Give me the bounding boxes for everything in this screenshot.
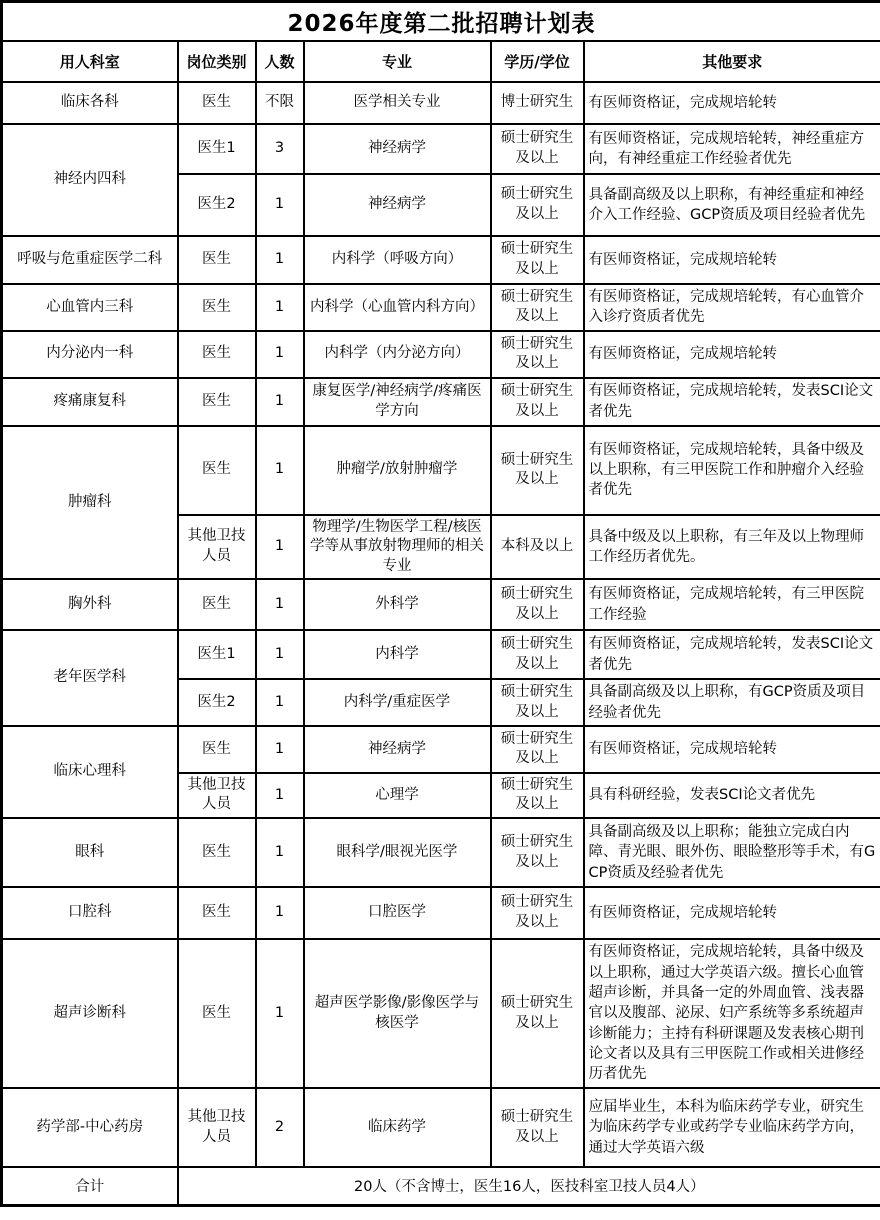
- position-cell: 医生: [178, 818, 256, 887]
- position-cell: 医生1: [178, 124, 256, 174]
- department-cell: 临床心理科: [2, 726, 178, 818]
- position-cell: 医生: [178, 82, 256, 124]
- table-row: 胸外科 医生 1 外科学 硕士研究生及以上 有医师资格证，完成规培轮转，有三甲医…: [2, 579, 880, 630]
- position-cell: 其他卫技人员: [178, 515, 256, 580]
- department-cell: 心血管内三科: [2, 284, 178, 331]
- table-row: 药学部-中心药房 其他卫技人员 2 临床药学 硕士研究生及以上 应届毕业生，本科…: [2, 1088, 880, 1167]
- degree-cell: 硕士研究生及以上: [491, 331, 584, 378]
- count-cell: 1: [256, 773, 304, 818]
- major-cell: 肿瘤学/放射肿瘤学: [304, 426, 491, 515]
- count-cell: 1: [256, 818, 304, 887]
- requirements-cell: 具备副高级及以上职称，有GCP资质及项目经验者优先: [584, 679, 880, 726]
- position-cell: 医生: [178, 236, 256, 284]
- requirements-cell: 有医师资格证，完成规培轮转，有心血管介入诊疗资质者优先: [584, 284, 880, 331]
- position-cell: 医生: [178, 331, 256, 378]
- major-cell: 物理学/生物医学工程/核医学等从事放射物理师的相关专业: [304, 515, 491, 580]
- table-row: 口腔科 医生 1 口腔医学 硕士研究生及以上 有医师资格证，完成规培轮转: [2, 887, 880, 939]
- degree-cell: 硕士研究生及以上: [491, 630, 584, 679]
- count-cell: 1: [256, 378, 304, 426]
- degree-cell: 硕士研究生及以上: [491, 818, 584, 887]
- count-cell: 1: [256, 630, 304, 679]
- degree-cell: 硕士研究生及以上: [491, 579, 584, 630]
- requirements-cell: 有医师资格证，完成规培轮转: [584, 236, 880, 284]
- major-cell: 内科学: [304, 630, 491, 679]
- requirements-cell: 应届毕业生，本科为临床药学专业，研究生为临床药学专业或药学专业临床药学方向，通过…: [584, 1088, 880, 1167]
- title-row: 2026年度第二批招聘计划表: [2, 2, 880, 42]
- count-cell: 1: [256, 174, 304, 236]
- major-cell: 心理学: [304, 773, 491, 818]
- count-cell: 1: [256, 679, 304, 726]
- department-cell: 超声诊断科: [2, 939, 178, 1088]
- major-cell: 口腔医学: [304, 887, 491, 939]
- requirements-cell: 具有科研经验，发表SCI论文者优先: [584, 773, 880, 818]
- requirements-cell: 有医师资格证，完成规培轮转，具备中级及以上职称，有三甲医院工作和肿瘤介入经验者优…: [584, 426, 880, 515]
- major-cell: 神经病学: [304, 174, 491, 236]
- position-cell: 医生: [178, 887, 256, 939]
- major-cell: 内科学（内分泌方向）: [304, 331, 491, 378]
- department-cell: 眼科: [2, 818, 178, 887]
- recruitment-table: 2026年度第二批招聘计划表 用人科室 岗位类别 人数 专业 学历/学位 其他要…: [0, 0, 880, 1207]
- degree-cell: 硕士研究生及以上: [491, 426, 584, 515]
- count-cell: 1: [256, 579, 304, 630]
- total-label-cell: 合计: [2, 1167, 178, 1205]
- table-row: 眼科 医生 1 眼科学/眼视光医学 硕士研究生及以上 具备副高级及以上职称；能独…: [2, 818, 880, 887]
- position-cell: 医生: [178, 726, 256, 773]
- table-row: 老年医学科 医生1 1 内科学 硕士研究生及以上 有医师资格证，完成规培轮转，发…: [2, 630, 880, 679]
- count-cell: 1: [256, 939, 304, 1088]
- degree-cell: 硕士研究生及以上: [491, 939, 584, 1088]
- major-cell: 眼科学/眼视光医学: [304, 818, 491, 887]
- col-header-major: 专业: [304, 41, 491, 82]
- department-cell: 临床各科: [2, 82, 178, 124]
- table-row: 超声诊断科 医生 1 超声医学影像/影像医学与核医学 硕士研究生及以上 有医师资…: [2, 939, 880, 1088]
- col-header-degree: 学历/学位: [491, 41, 584, 82]
- degree-cell: 硕士研究生及以上: [491, 236, 584, 284]
- degree-cell: 硕士研究生及以上: [491, 726, 584, 773]
- major-cell: 神经病学: [304, 726, 491, 773]
- col-header-count: 人数: [256, 41, 304, 82]
- count-cell: 1: [256, 887, 304, 939]
- requirements-cell: 有医师资格证，完成规培轮转: [584, 887, 880, 939]
- position-cell: 医生: [178, 579, 256, 630]
- count-cell: 1: [256, 331, 304, 378]
- degree-cell: 硕士研究生及以上: [491, 887, 584, 939]
- position-cell: 医生: [178, 378, 256, 426]
- total-row: 合计 20人（不含博士，医生16人，医技科室卫技人员4人）: [2, 1167, 880, 1205]
- count-cell: 不限: [256, 82, 304, 124]
- degree-cell: 本科及以上: [491, 515, 584, 580]
- count-cell: 1: [256, 284, 304, 331]
- requirements-cell: 有医师资格证，完成规培轮转: [584, 82, 880, 124]
- position-cell: 医生: [178, 426, 256, 515]
- degree-cell: 硕士研究生及以上: [491, 284, 584, 331]
- degree-cell: 硕士研究生及以上: [491, 174, 584, 236]
- degree-cell: 硕士研究生及以上: [491, 124, 584, 174]
- requirements-cell: 有医师资格证，完成规培轮转，发表SCI论文者优先: [584, 378, 880, 426]
- major-cell: 康复医学/神经病学/疼痛医学方向: [304, 378, 491, 426]
- major-cell: 医学相关专业: [304, 82, 491, 124]
- degree-cell: 硕士研究生及以上: [491, 1088, 584, 1167]
- position-cell: 医生1: [178, 630, 256, 679]
- total-summary-cell: 20人（不含博士，医生16人，医技科室卫技人员4人）: [178, 1167, 880, 1205]
- table-row: 神经内四科 医生1 3 神经病学 硕士研究生及以上 有医师资格证，完成规培轮转，…: [2, 124, 880, 174]
- major-cell: 内科学/重症医学: [304, 679, 491, 726]
- department-cell: 内分泌内一科: [2, 331, 178, 378]
- table-title: 2026年度第二批招聘计划表: [2, 2, 880, 42]
- major-cell: 内科学（呼吸方向）: [304, 236, 491, 284]
- major-cell: 外科学: [304, 579, 491, 630]
- department-cell: 药学部-中心药房: [2, 1088, 178, 1167]
- table-row: 临床各科 医生 不限 医学相关专业 博士研究生 有医师资格证，完成规培轮转: [2, 82, 880, 124]
- requirements-cell: 有医师资格证，完成规培轮转，神经重症方向，有神经重症工作经验者优先: [584, 124, 880, 174]
- count-cell: 1: [256, 426, 304, 515]
- major-cell: 神经病学: [304, 124, 491, 174]
- col-header-position: 岗位类别: [178, 41, 256, 82]
- count-cell: 1: [256, 726, 304, 773]
- degree-cell: 硕士研究生及以上: [491, 679, 584, 726]
- degree-cell: 硕士研究生及以上: [491, 378, 584, 426]
- requirements-cell: 有医师资格证，完成规培轮转: [584, 331, 880, 378]
- position-cell: 医生2: [178, 174, 256, 236]
- requirements-cell: 具备中级及以上职称，有三年及以上物理师工作经历者优先。: [584, 515, 880, 580]
- position-cell: 其他卫技人员: [178, 773, 256, 818]
- table-row: 内分泌内一科 医生 1 内科学（内分泌方向） 硕士研究生及以上 有医师资格证，完…: [2, 331, 880, 378]
- position-cell: 医生2: [178, 679, 256, 726]
- count-cell: 1: [256, 236, 304, 284]
- count-cell: 3: [256, 124, 304, 174]
- position-cell: 其他卫技人员: [178, 1088, 256, 1167]
- col-header-department: 用人科室: [2, 41, 178, 82]
- department-cell: 肿瘤科: [2, 426, 178, 580]
- table-row: 心血管内三科 医生 1 内科学（心血管内科方向） 硕士研究生及以上 有医师资格证…: [2, 284, 880, 331]
- requirements-cell: 有医师资格证，完成规培轮转: [584, 726, 880, 773]
- degree-cell: 硕士研究生及以上: [491, 773, 584, 818]
- major-cell: 临床药学: [304, 1088, 491, 1167]
- requirements-cell: 有医师资格证，完成规培轮转，发表SCI论文者优先: [584, 630, 880, 679]
- degree-cell: 博士研究生: [491, 82, 584, 124]
- header-row: 用人科室 岗位类别 人数 专业 学历/学位 其他要求: [2, 41, 880, 82]
- table-row: 呼吸与危重症医学二科 医生 1 内科学（呼吸方向） 硕士研究生及以上 有医师资格…: [2, 236, 880, 284]
- table-row: 肿瘤科 医生 1 肿瘤学/放射肿瘤学 硕士研究生及以上 有医师资格证，完成规培轮…: [2, 426, 880, 515]
- count-cell: 2: [256, 1088, 304, 1167]
- requirements-cell: 具备副高级及以上职称，有神经重症和神经介入工作经验、GCP资质及项目经验者优先: [584, 174, 880, 236]
- department-cell: 呼吸与危重症医学二科: [2, 236, 178, 284]
- requirements-cell: 有医师资格证，完成规培轮转，有三甲医院工作经验: [584, 579, 880, 630]
- department-cell: 胸外科: [2, 579, 178, 630]
- major-cell: 内科学（心血管内科方向）: [304, 284, 491, 331]
- table-row: 临床心理科 医生 1 神经病学 硕士研究生及以上 有医师资格证，完成规培轮转: [2, 726, 880, 773]
- department-cell: 疼痛康复科: [2, 378, 178, 426]
- department-cell: 老年医学科: [2, 630, 178, 726]
- requirements-cell: 有医师资格证，完成规培轮转，具备中级及以上职称，通过大学英语六级。擅长心血管超声…: [584, 939, 880, 1088]
- position-cell: 医生: [178, 284, 256, 331]
- col-header-requirements: 其他要求: [584, 41, 880, 82]
- table-row: 疼痛康复科 医生 1 康复医学/神经病学/疼痛医学方向 硕士研究生及以上 有医师…: [2, 378, 880, 426]
- major-cell: 超声医学影像/影像医学与核医学: [304, 939, 491, 1088]
- department-cell: 神经内四科: [2, 124, 178, 236]
- recruitment-plan-sheet: 2026年度第二批招聘计划表 用人科室 岗位类别 人数 专业 学历/学位 其他要…: [0, 0, 880, 1207]
- department-cell: 口腔科: [2, 887, 178, 939]
- position-cell: 医生: [178, 939, 256, 1088]
- count-cell: 1: [256, 515, 304, 580]
- requirements-cell: 具备副高级及以上职称；能独立完成白内障、青光眼、眼外伤、眼睑整形等手术，有GCP…: [584, 818, 880, 887]
